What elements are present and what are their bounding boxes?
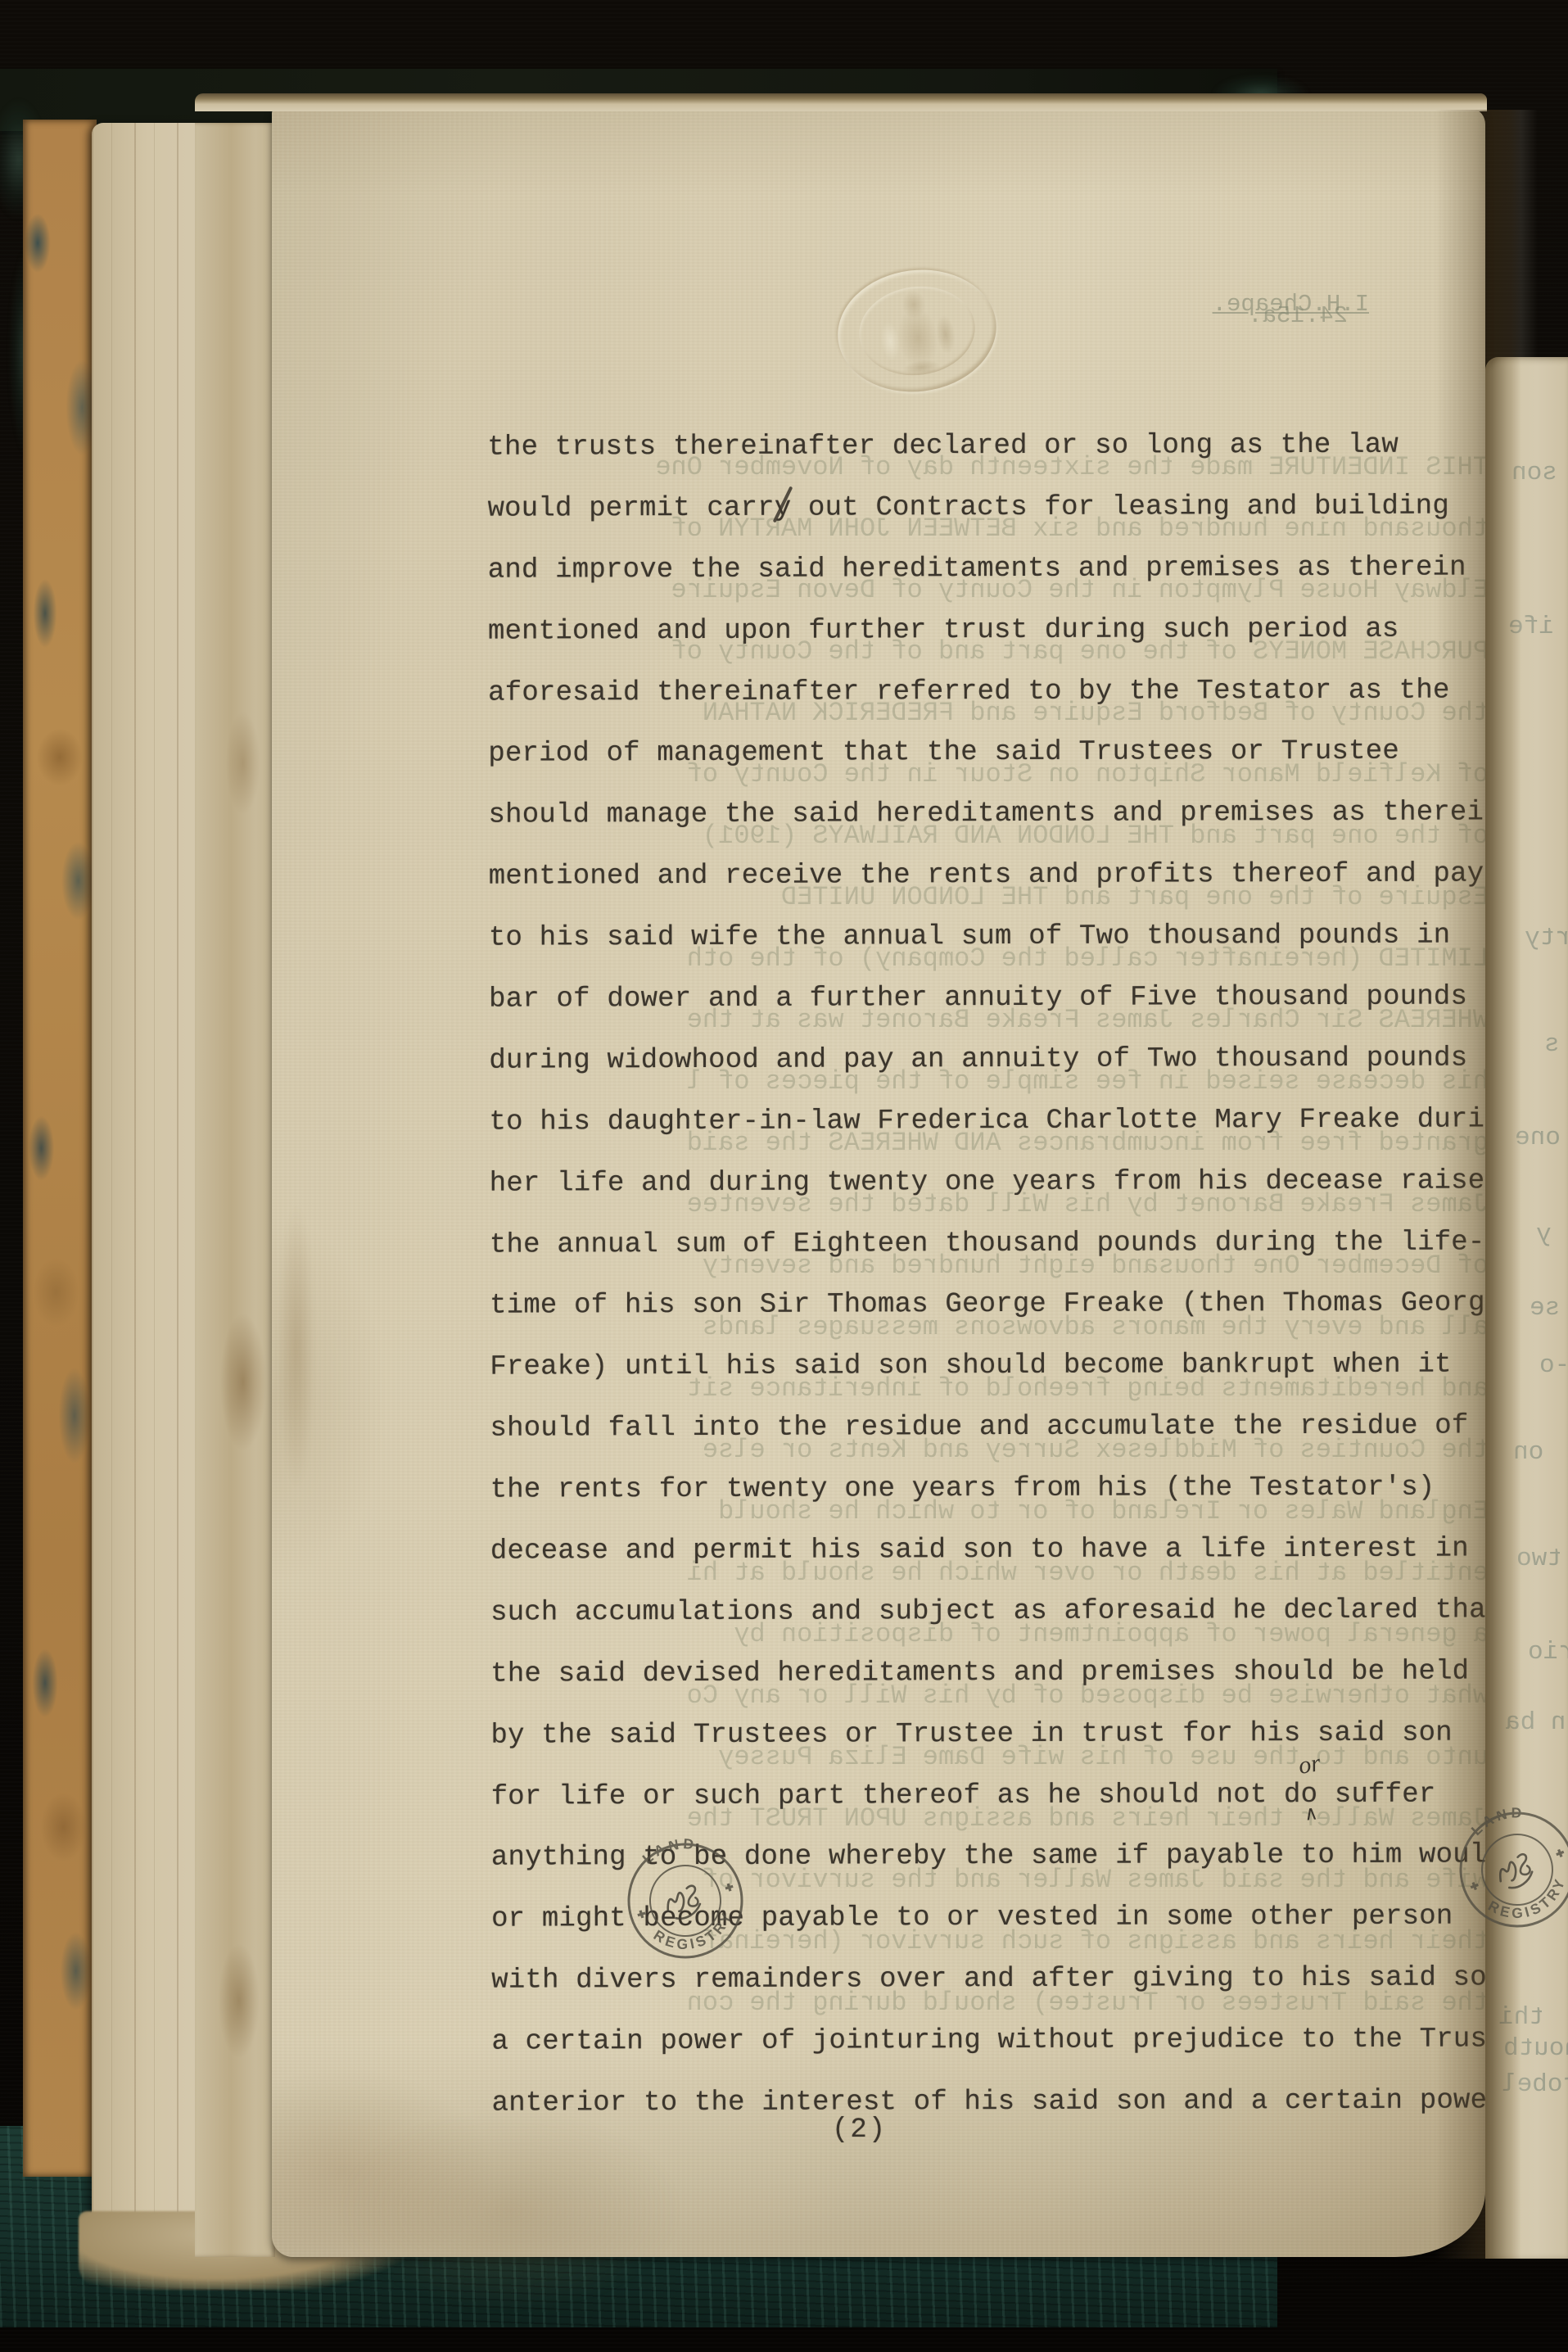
typed-line: would permit carry out Contracts for lea… xyxy=(487,476,1511,540)
adjacent-page-sliver: sonifertysoneyse-oontworion bathihoutbro… xyxy=(1485,357,1568,2259)
typed-line: a certain power of jointuring without pr… xyxy=(491,2010,1515,2074)
typed-line: mentioned and upon further trust during … xyxy=(488,599,1512,663)
typed-line: period of management that the said Trust… xyxy=(488,721,1512,785)
typed-line: for life or such part thereof as he shou… xyxy=(491,1764,1515,1828)
typed-line: the said devised hereditaments and premi… xyxy=(490,1641,1514,1705)
typed-line: should fall into the residue and accumul… xyxy=(490,1396,1513,1460)
typed-line: the annual sum of Eighteen thousand poun… xyxy=(490,1212,1513,1276)
right-page-fragments: sonifertysoneyse-oontworion bathihoutbro… xyxy=(1485,357,1568,2259)
typed-line: the trusts thereinafter declared or so l… xyxy=(487,414,1511,478)
typed-line: her life and during twenty one years fro… xyxy=(490,1151,1513,1214)
stamp-cross-icon xyxy=(725,1883,734,1893)
typed-line: by the said Trustees or Trustee in trust… xyxy=(490,1703,1514,1766)
bleed-through-fragment: two xyxy=(1516,1545,1562,1573)
paper-stain xyxy=(280,2075,739,2345)
bleed-through-fragment: houtb xyxy=(1503,2034,1568,2063)
bleed-through-fragment: se xyxy=(1530,1294,1560,1323)
marbled-cover-edge xyxy=(23,120,97,2177)
bleed-through-fragment: thi xyxy=(1498,2003,1544,2032)
bleed-through-fragment: ife xyxy=(1508,613,1554,641)
bleed-through-fragment: -o xyxy=(1539,1351,1568,1380)
stamp-cross-icon xyxy=(636,1909,646,1919)
insertion-caret-mark: ∧ xyxy=(1304,1801,1318,1826)
typed-line: such accumulations and subject as afores… xyxy=(490,1580,1514,1644)
bleed-through-fragment: rty xyxy=(1525,924,1568,952)
scanned-register-page-photo: I.H.Cheape. 24.15a. THIS INDENTURE made … xyxy=(0,0,1568,2352)
monogram-signature xyxy=(663,1885,703,1922)
typed-line: to his said wife the annual sum of Two t… xyxy=(489,905,1512,969)
typed-line: mentioned and receive the rents and prof… xyxy=(489,844,1512,908)
typed-line: Freake) until his said son should become… xyxy=(490,1335,1513,1399)
typed-line: and improve the said hereditaments and p… xyxy=(488,537,1512,601)
document-page: I.H.Cheape. 24.15a. THIS INDENTURE made … xyxy=(272,110,1485,2257)
monogram-signature xyxy=(1494,1853,1535,1892)
bleed-through-fragment: robel xyxy=(1502,2070,1568,2099)
typed-line: to his daughter-in-law Frederica Charlot… xyxy=(489,1089,1512,1153)
bleed-through-fragment: s xyxy=(1544,1030,1560,1059)
bleed-through-fragment: n ba xyxy=(1505,1708,1566,1737)
typed-line: aforesaid thereinafter referred to by th… xyxy=(488,660,1512,724)
bleed-through-fragment: on xyxy=(1513,1438,1543,1467)
sheet-top-edges xyxy=(195,93,1487,111)
bleed-through-fragment: rio xyxy=(1528,1638,1568,1667)
typed-line: the rents for twenty one years from his … xyxy=(490,1458,1514,1522)
gutter-crease xyxy=(195,123,275,2257)
typed-line: during widowhood and pay an annuity of T… xyxy=(489,1028,1512,1092)
bleed-through-fragment: y xyxy=(1536,1220,1552,1249)
stamp-cross-icon xyxy=(1470,1881,1480,1891)
typed-line: bar of dower and a further annuity of Fi… xyxy=(489,966,1512,1030)
paper-stain xyxy=(272,1158,321,1535)
handwritten-insertion-word: or xyxy=(1296,1749,1322,1780)
typed-line: decease and permit his said son to have … xyxy=(490,1518,1514,1582)
typed-line: should manage the said hereditaments and… xyxy=(488,783,1512,847)
stamp-cross-icon xyxy=(1555,1848,1565,1858)
bleed-through-fragment: son xyxy=(1512,459,1557,487)
bleed-through-fragment: one xyxy=(1515,1124,1561,1152)
typed-line: time of his son Sir Thomas George Freake… xyxy=(490,1273,1513,1337)
page-number: (2) xyxy=(832,2115,887,2146)
